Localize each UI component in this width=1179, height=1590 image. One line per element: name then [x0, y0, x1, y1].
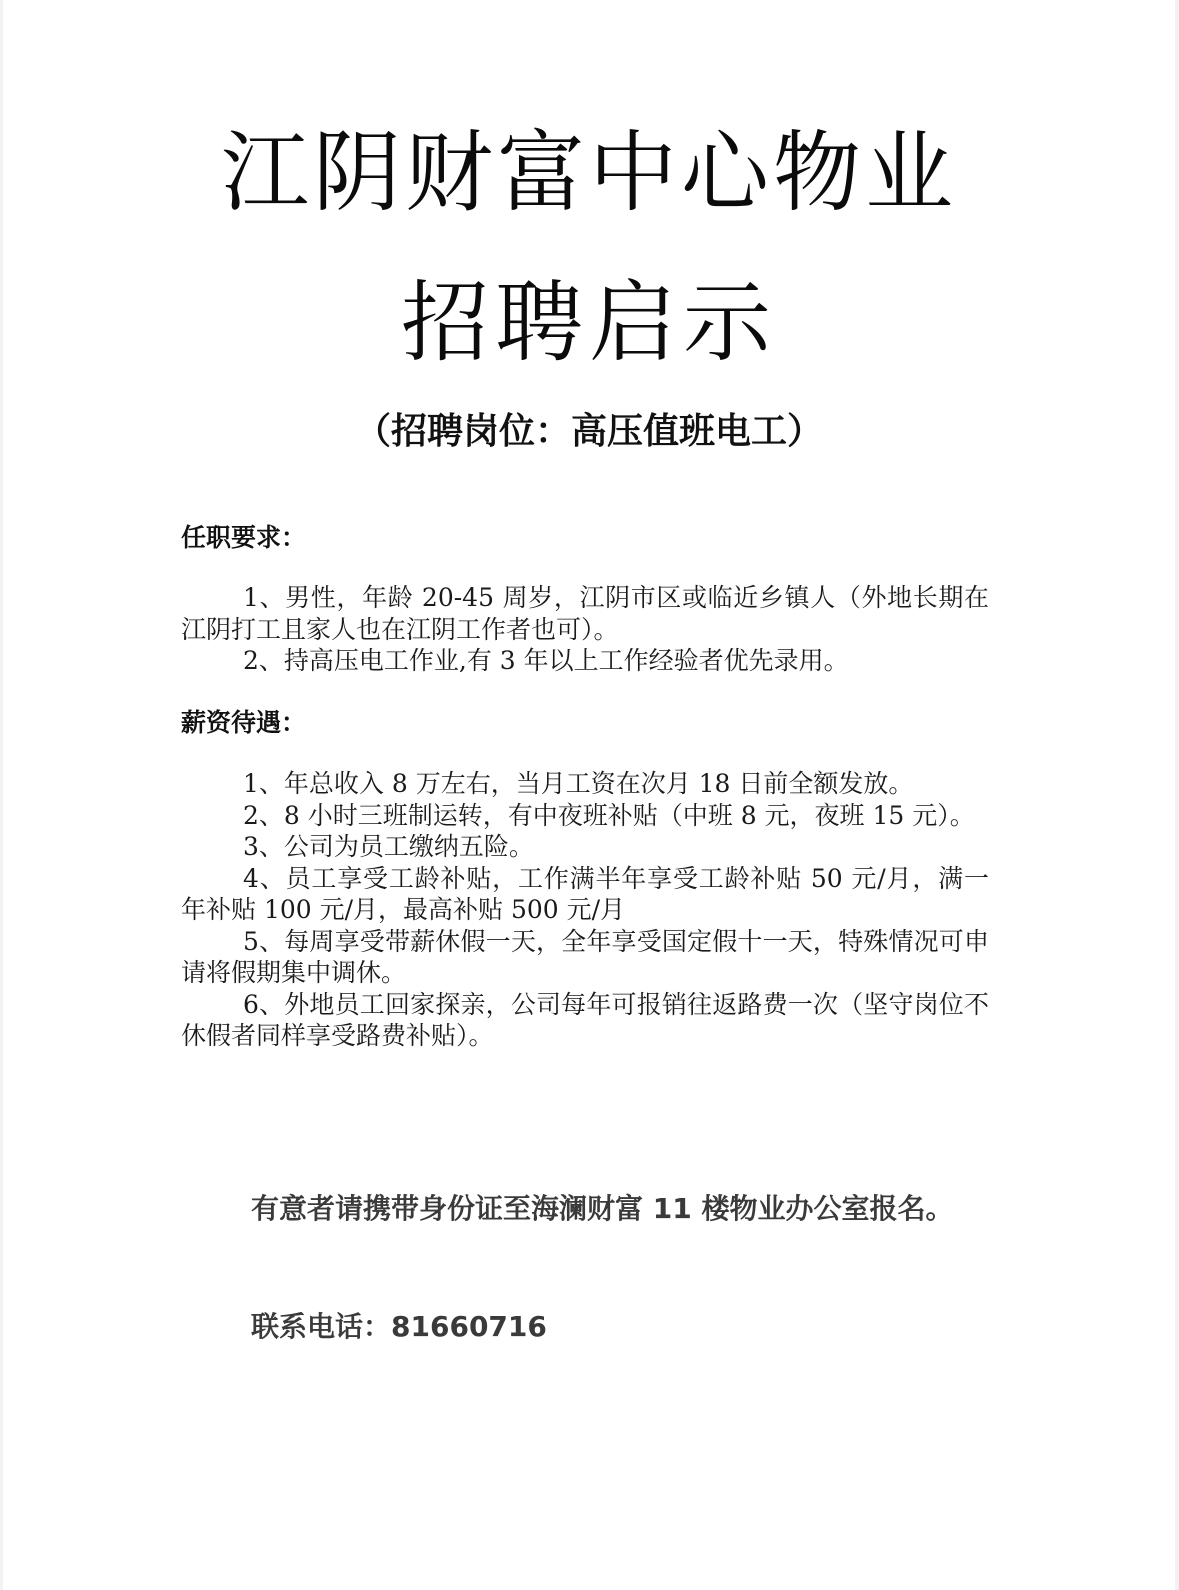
requirement-item: 1、男性，年龄 20-45 周岁，江阴市区或临近乡镇人（外地长期在江阴打工且家人…	[181, 582, 989, 645]
benefit-item: 4、员工享受工龄补贴，工作满半年享受工龄补贴 50 元/月，满一年补贴 100 …	[181, 863, 989, 926]
benefit-item: 5、每周享受带薪休假一天，全年享受国定假十一天，特殊情况可申请将假期集中调休。	[181, 926, 989, 989]
title-line-1: 江阴财富中心物业	[3, 118, 1175, 228]
salary-heading: 薪资待遇：	[181, 706, 306, 740]
phone-label: 联系电话：	[251, 1310, 391, 1343]
requirements-list: 1、男性，年龄 20-45 周岁，江阴市区或临近乡镇人（外地长期在江阴打工且家人…	[181, 582, 989, 677]
phone-number: 81660716	[391, 1310, 547, 1343]
contact-phone: 联系电话：81660716	[181, 1302, 1059, 1352]
apply-instructions: 有意者请携带身份证至海澜财富 11 楼物业办公室报名。	[181, 1178, 989, 1240]
recruitment-notice-page: 江阴财富中心物业 招聘启示 （招聘岗位：高压值班电工） 任职要求： 1、男性，年…	[3, 0, 1175, 1590]
benefit-item: 1、年总收入 8 万左右，当月工资在次月 18 日前全额发放。	[181, 768, 989, 800]
requirements-heading: 任职要求：	[181, 521, 306, 555]
benefit-item: 2、8 小时三班制运转，有中夜班补贴（中班 8 元，夜班 15 元）。	[181, 800, 989, 832]
benefit-item: 6、外地员工回家探亲，公司每年可报销往返路费一次（坚守岗位不休假者同样享受路费补…	[181, 989, 989, 1052]
requirement-item: 2、持高压电工作业,有 3 年以上工作经验者优先录用。	[181, 645, 989, 677]
benefit-item: 3、公司为员工缴纳五险。	[181, 831, 989, 863]
position-subtitle: （招聘岗位：高压值班电工）	[3, 402, 1175, 462]
salary-benefits-list: 1、年总收入 8 万左右，当月工资在次月 18 日前全额发放。 2、8 小时三班…	[181, 768, 989, 1052]
title-line-2: 招聘启示	[3, 268, 1175, 378]
